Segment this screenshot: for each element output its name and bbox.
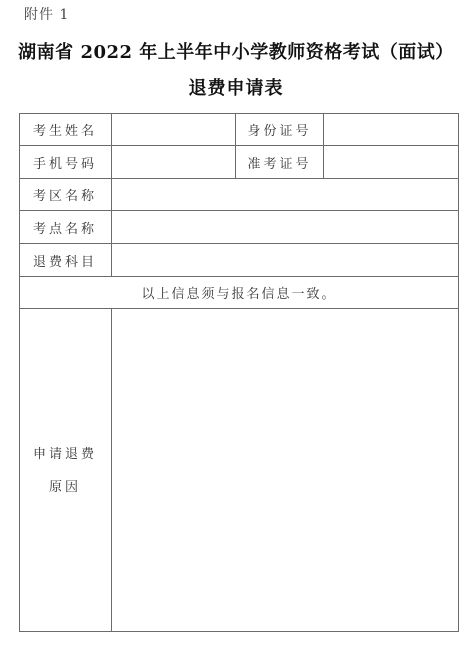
info-consistency-notice: 以上信息须与报名信息一致。 <box>19 277 459 309</box>
form-title: 湖南省 2022 年上半年中小学教师资格考试（面试） <box>0 38 472 64</box>
attachment-label: 附件 1 <box>24 4 69 24</box>
form-subtitle: 退费申请表 <box>0 74 472 100</box>
label-phone-number: 手机号码 <box>19 146 112 179</box>
refund-subject-field[interactable] <box>112 244 459 277</box>
exam-site-field[interactable] <box>112 211 459 244</box>
label-candidate-name: 考生姓名 <box>19 113 112 146</box>
label-id-number: 身份证号 <box>236 113 324 146</box>
refund-reason-label-line1: 申请退费 <box>33 438 97 471</box>
exam-region-field[interactable] <box>112 179 459 211</box>
label-refund-subject: 退费科目 <box>19 244 112 277</box>
id-number-field[interactable] <box>324 113 459 146</box>
label-refund-reason: 申请退费 原因 <box>19 309 112 632</box>
label-admission-ticket: 准考证号 <box>236 146 324 179</box>
phone-number-field[interactable] <box>112 146 236 179</box>
refund-reason-label-line2: 原因 <box>49 471 81 504</box>
candidate-name-field[interactable] <box>112 113 236 146</box>
label-exam-region: 考区名称 <box>19 179 112 211</box>
admission-ticket-field[interactable] <box>324 146 459 179</box>
refund-reason-field[interactable] <box>112 309 459 632</box>
label-exam-site: 考点名称 <box>19 211 112 244</box>
refund-application-table: 考生姓名 身份证号 手机号码 准考证号 考区名称 考点名称 退费科目 以上信息须… <box>19 113 459 632</box>
